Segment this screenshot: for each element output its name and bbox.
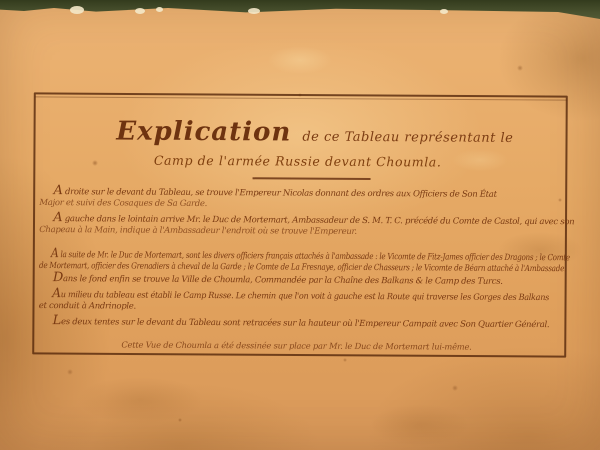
torn-edge-chip bbox=[135, 8, 145, 14]
document-subtitle: Camp de l'armée Russie devant Choumla. bbox=[40, 152, 556, 170]
torn-edge-chip bbox=[440, 9, 448, 14]
manuscript-line: Les deux tentes sur le devant du Tableau… bbox=[39, 315, 555, 332]
torn-edge-chip bbox=[156, 7, 163, 12]
title-divider-rule bbox=[253, 177, 371, 180]
torn-edge-chip bbox=[70, 6, 84, 14]
document-title: Explication de ce Tableau représentant l… bbox=[40, 116, 556, 154]
manuscript-line: Dans le fond enfin se trouve la Ville de… bbox=[39, 272, 555, 289]
photo-frame: Explication de ce Tableau représentant l… bbox=[0, 0, 600, 450]
manuscript-line: et conduit à Andrinople. bbox=[39, 301, 555, 316]
manuscript-line: Major et suivi des Cosaques de Sa Garde. bbox=[39, 198, 555, 213]
photo-of-manuscript: { "document": { "title": { "word1": "Exp… bbox=[0, 0, 600, 450]
title-word-explication: Explication bbox=[116, 116, 291, 147]
manuscript-text: Explication de ce Tableau représentant l… bbox=[39, 104, 556, 352]
torn-edge-chip bbox=[248, 8, 260, 14]
title-line1-rest: de ce Tableau représentant le bbox=[302, 130, 513, 146]
manuscript-line: Chapeau à la Main, indique à l'Ambassade… bbox=[39, 225, 555, 240]
